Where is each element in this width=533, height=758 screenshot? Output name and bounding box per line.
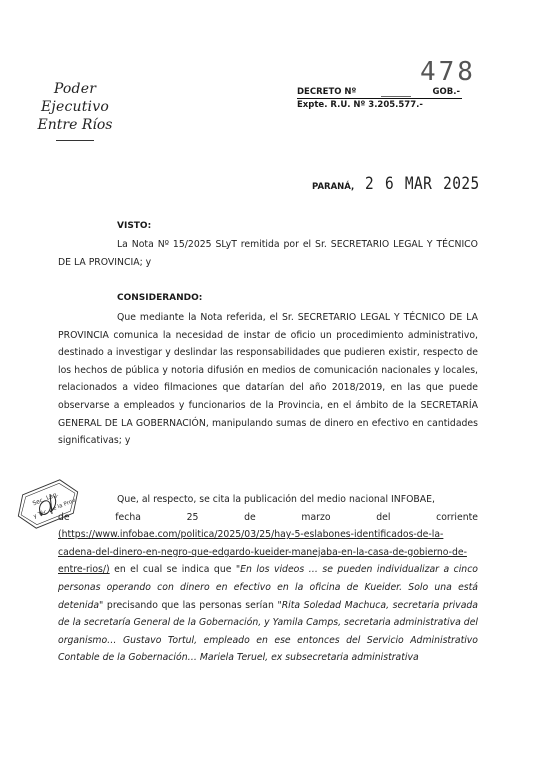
letterhead: Poder Ejecutivo Entre Ríos xyxy=(20,80,130,141)
date-word: marzo xyxy=(301,509,330,527)
decree-header: DECRETO Nº 478 GOB.- Expte. R.U. Nº 3.20… xyxy=(297,80,462,110)
decree-suffix: GOB.- xyxy=(433,87,460,97)
decree-number-blank xyxy=(381,96,411,97)
considerando-paragraph-2: Que, al respecto, se cita la publicación… xyxy=(58,491,478,667)
para2-date-line: defecha25demarzodelcorriente xyxy=(58,509,478,527)
considerando-paragraph-1: Que mediante la Nota referida, el Sr. SE… xyxy=(58,309,478,450)
para2-mid-2: precisando que las personas serían xyxy=(103,600,277,611)
date-stamp: 2 6 MAR 2025 xyxy=(365,174,480,194)
decree-label: DECRETO Nº xyxy=(297,87,356,97)
considerando-section: Que mediante la Nota referida, el Sr. SE… xyxy=(58,309,478,450)
official-stamp-icon: Sec. Leg. y Téc. de la Prov. xyxy=(4,474,92,534)
visto-section: La Nota Nº 15/2025 SLyT remitida por el … xyxy=(58,236,478,271)
date-word: fecha xyxy=(115,509,141,527)
decree-number-row: DECRETO Nº 478 GOB.- xyxy=(297,80,462,99)
letterhead-line-2: Entre Ríos xyxy=(20,116,130,134)
para2-body: (https://www.infobae.com/politica/2025/0… xyxy=(58,526,478,667)
place-label: PARANÁ, xyxy=(312,182,354,192)
decree-number-handwritten: 478 xyxy=(420,57,476,87)
letterhead-rule xyxy=(56,140,94,141)
decree-page: Poder Ejecutivo Entre Ríos DECRETO Nº 47… xyxy=(0,0,533,758)
visto-text: La Nota Nº 15/2025 SLyT remitida por el … xyxy=(58,236,478,271)
expediente-number: Expte. R.U. Nº 3.205.577.- xyxy=(297,100,462,110)
date-word: 25 xyxy=(187,509,199,527)
letterhead-line-1: Poder Ejecutivo xyxy=(20,80,130,116)
visto-heading: VISTO: xyxy=(117,221,151,231)
para2-mid: en el cual se indica que xyxy=(110,564,236,575)
date-word: de xyxy=(244,509,256,527)
date-word: del xyxy=(376,509,390,527)
date-word: corriente xyxy=(436,509,478,527)
considerando-heading: CONSIDERANDO: xyxy=(117,293,202,303)
para2-intro: Que, al respecto, se cita la publicación… xyxy=(58,491,478,509)
